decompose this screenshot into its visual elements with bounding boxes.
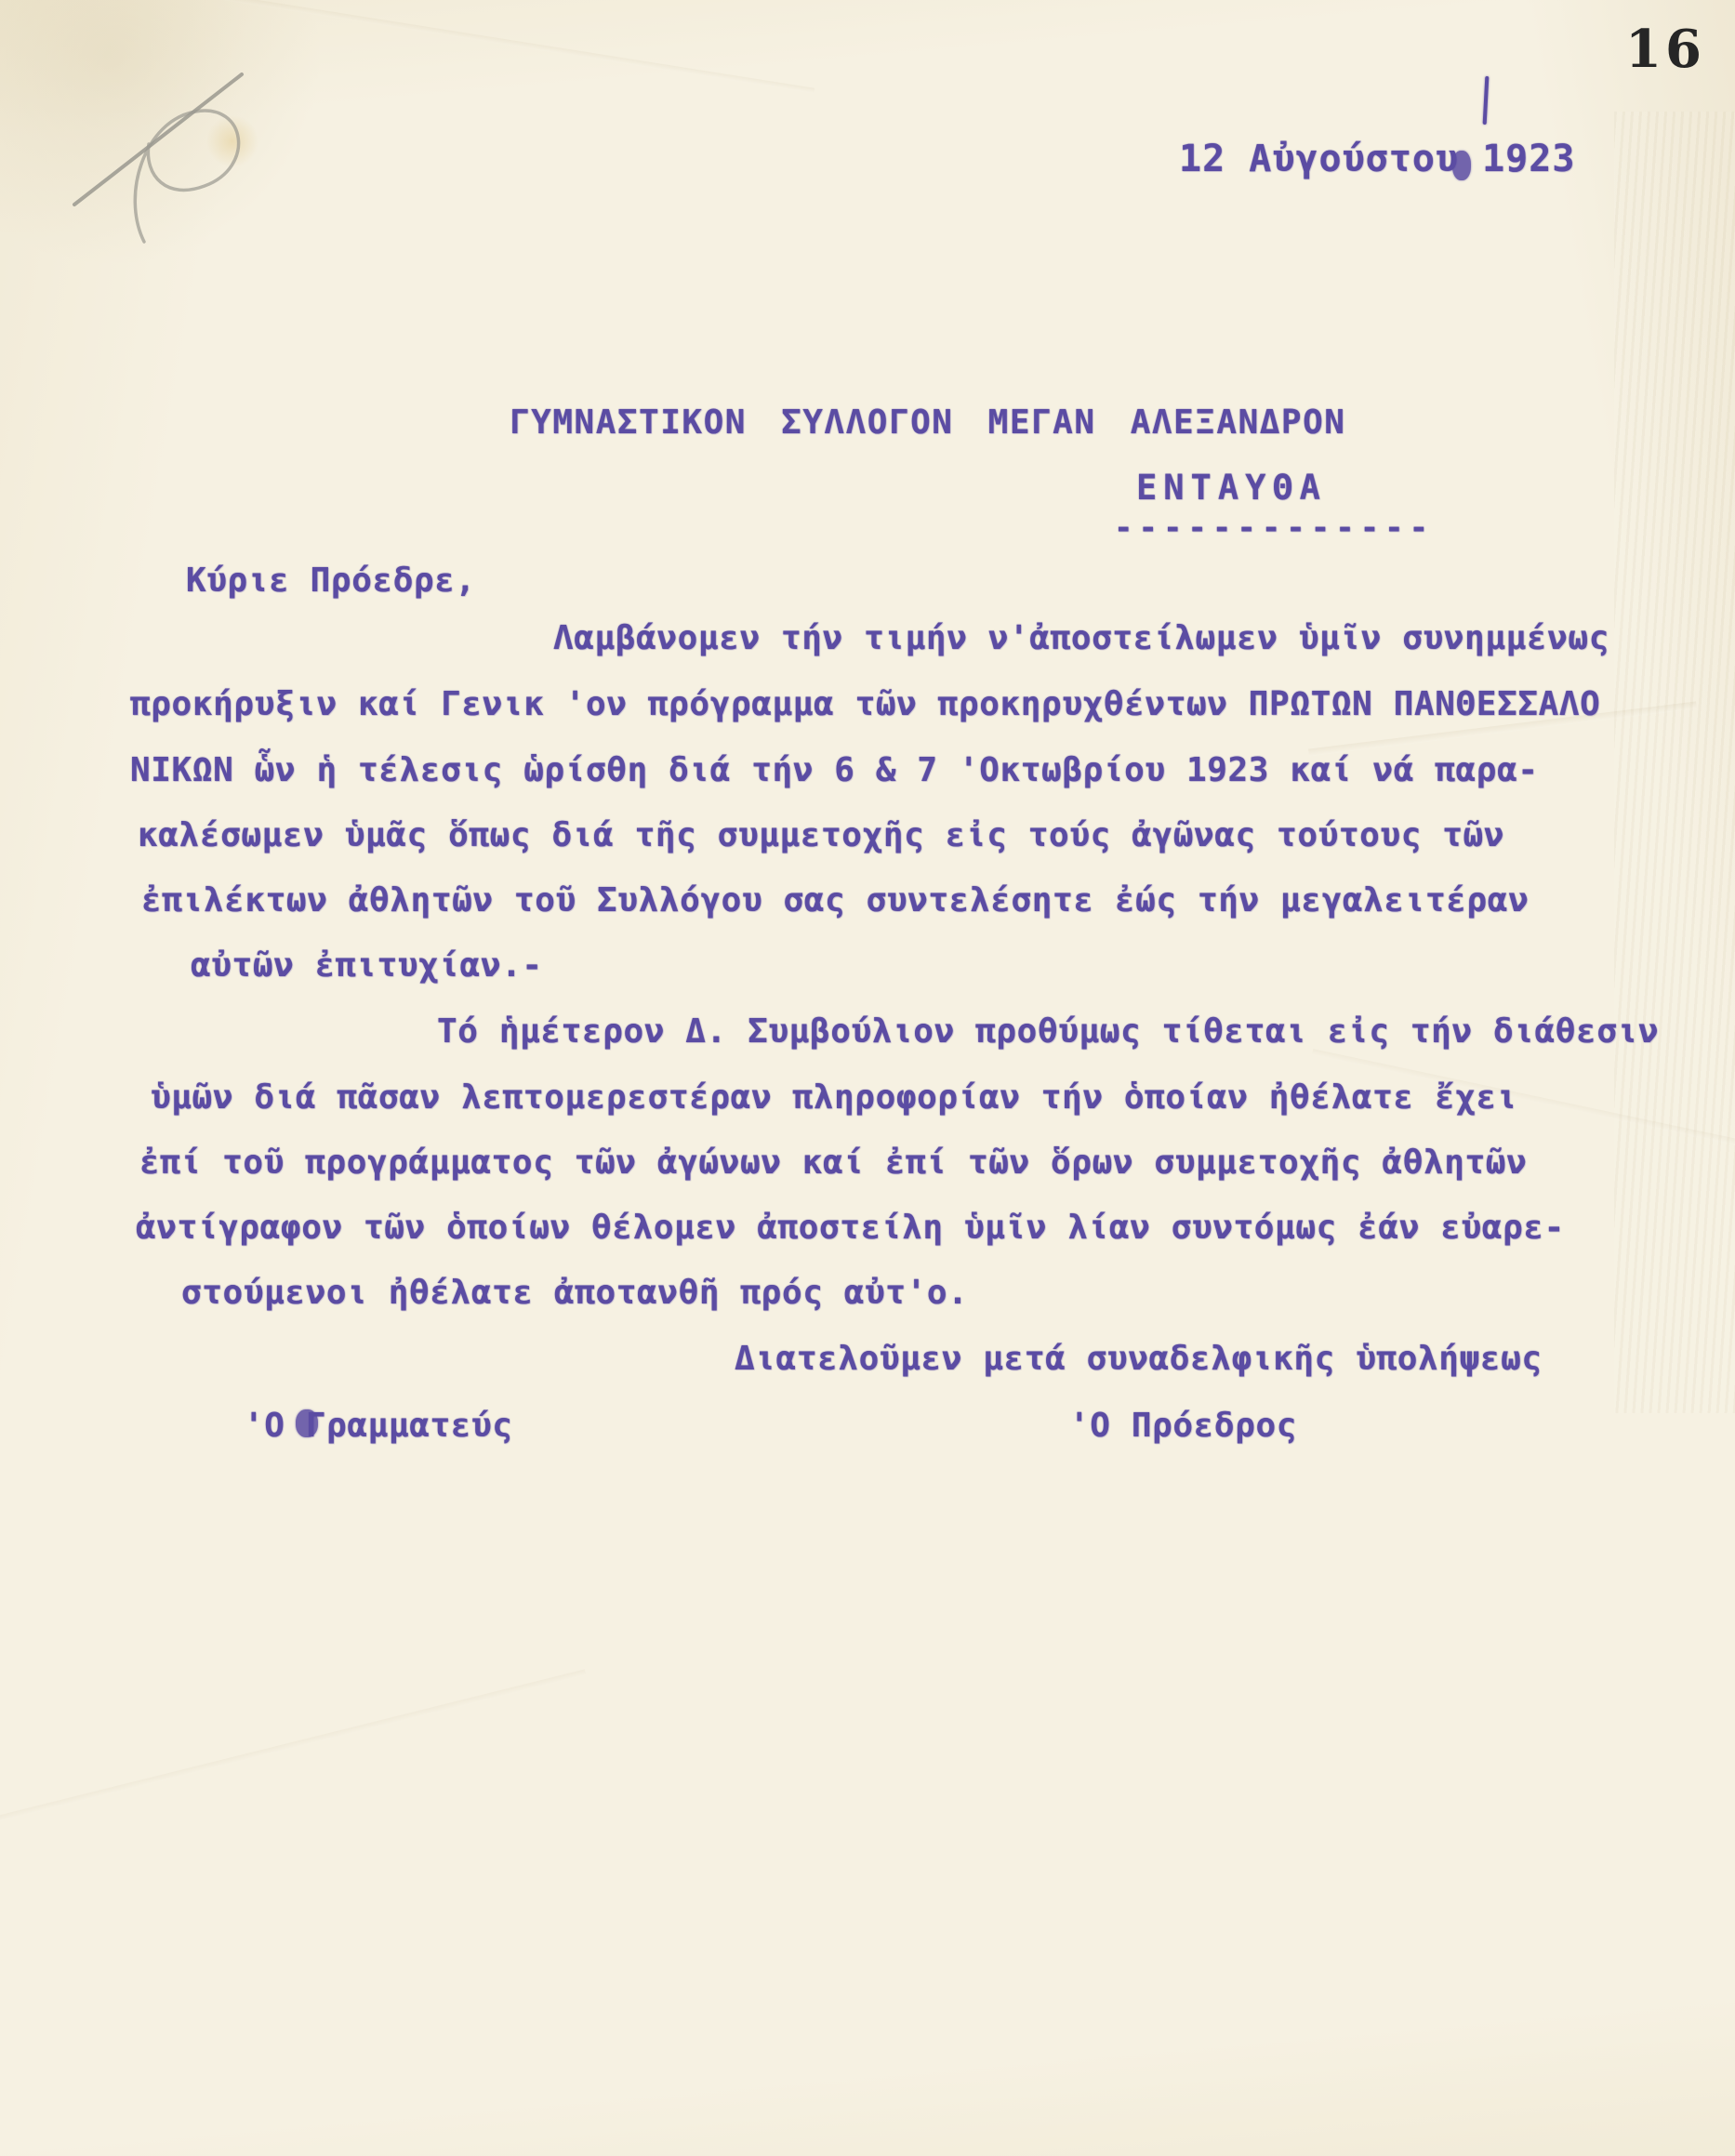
body-line: ΝΙΚΩΝ ὧν ἡ τέλεσις ὡρίσθη διά τήν 6 & 7 …: [130, 751, 1539, 789]
recipient-location: ΕΝΤΑΥΘΑ: [1136, 468, 1327, 508]
signature-president: 'Ο Πρόεδρος: [1069, 1407, 1297, 1445]
body-line: ἐπιλέκτων ἀθλητῶν τοῦ Συλλόγου σας συντε…: [141, 881, 1529, 919]
pencil-annotation: [56, 56, 298, 260]
body-line: στούμενοι ἠθέλατε ἀποτανθῆ πρός αὐτ'ο.: [181, 1274, 968, 1312]
ink-blot-date: [1452, 151, 1471, 180]
body-line: Λαμβάνομεν τήν τιμήν ν'ἀποστείλωμεν ὑμῖν…: [553, 619, 1609, 657]
closing: Διατελοῦμεν μετά συναδελφικῆς ὑπολήψεως: [735, 1340, 1543, 1378]
salutation: Κύριε Πρόεδρε,: [186, 562, 476, 600]
body-line: αὐτῶν ἐπιτυχίαν.-: [191, 946, 543, 985]
signature-secretary: 'Ο Γραμματεύς: [244, 1407, 513, 1445]
body-line: ἀντίγραφον τῶν ὁποίων θέλομεν ἀποστείλη …: [136, 1209, 1565, 1247]
ink-blot-signature: [296, 1409, 318, 1437]
body-line: ὑμῶν διά πᾶσαν λεπτομερεστέραν πληροφορί…: [151, 1078, 1517, 1117]
body-line: καλέσωμεν ὑμᾶς ὅπως διά τῆς συμμετοχῆς ε…: [138, 816, 1504, 854]
paper-crease: [1614, 112, 1735, 1413]
body-line: Τό ἡμέτερον Δ. Συμβούλιον προθύμως τίθετ…: [437, 1012, 1659, 1051]
letter-page: 16 12 Αὐγούστου 1923 ΓΥΜΝΑΣΤΙΚΟΝ ΣΥΛΛΟΓΟ…: [0, 0, 1735, 2156]
body-line: προκήρυξιν καί Γενικ 'ον πρόγραμμα τῶν π…: [130, 685, 1600, 723]
ink-stroke: [1483, 76, 1490, 125]
body-line: ἐπί τοῦ προγράμματος τῶν ἀγώνων καί ἐπί …: [139, 1144, 1527, 1182]
recipient-name: ΓΥΜΝΑΣΤΙΚΟΝ ΣΥΛΛΟΓΟΝ ΜΕΓΑΝ ΑΛΕΞΑΝΔΡΟΝ: [510, 403, 1345, 442]
page-number: 16: [1625, 19, 1705, 80]
recipient-underline: -------------: [1114, 509, 1434, 547]
paper-crease: [0, 1669, 586, 1832]
date: 12 Αὐγούστου 1923: [1179, 138, 1575, 180]
